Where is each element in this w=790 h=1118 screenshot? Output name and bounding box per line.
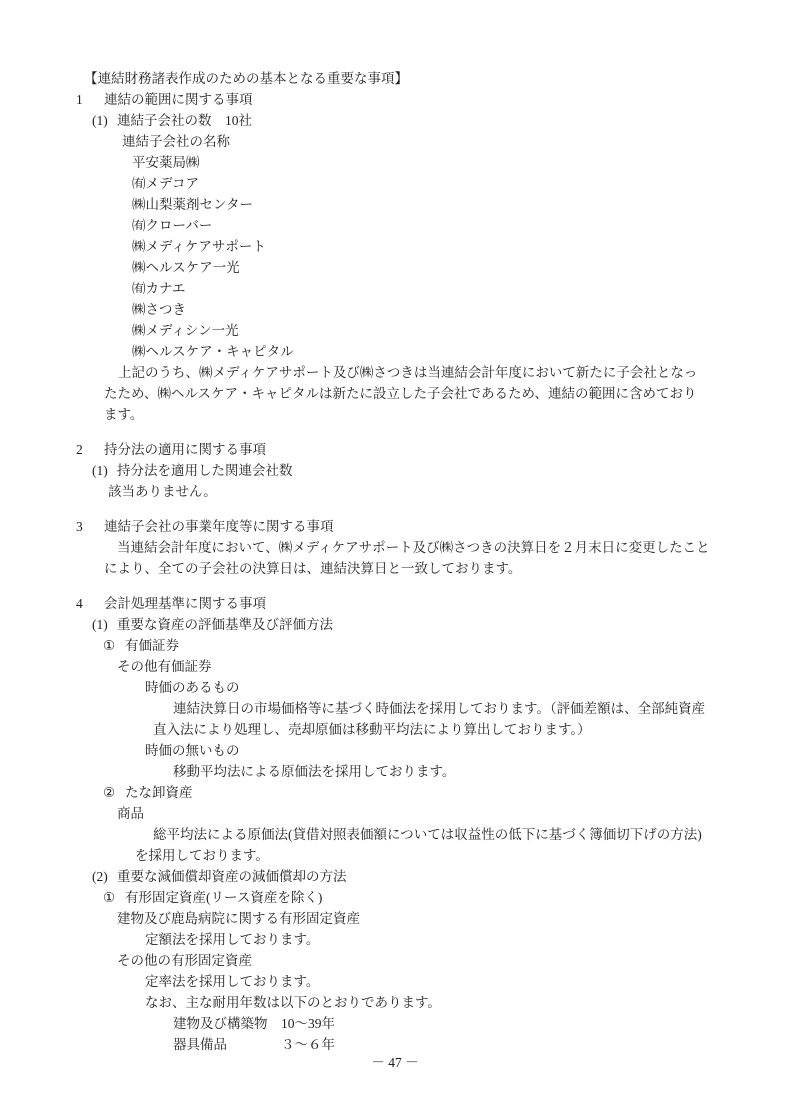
text-line: (2)重要な減価償却資産の減価償却の方法 (0, 866, 790, 887)
line-number-label: 4 (76, 593, 104, 614)
document-lines: 1連結の範囲に関する事項(1)連結子会社の数 10社連結子会社の名称平安薬局㈱㈲… (0, 89, 790, 1055)
text-line: (1)連結子会社の数 10社 (0, 110, 790, 131)
text-line: その他有価証券 (0, 656, 790, 677)
text-line: 総平均法による原価法(貸借対照表価額については収益性の低下に基づく簿価切下げの方… (0, 824, 790, 845)
text-line: ㈲メデコア (0, 173, 790, 194)
text-line: たため、㈱ヘルスケア・キャピタルは新たに設立した子会社であるため、連結の範囲に含… (0, 383, 790, 404)
text-line: 3連結子会社の事業年度等に関する事項 (0, 516, 790, 537)
text-line: ①有価証券 (0, 635, 790, 656)
text-line: なお、主な耐用年数は以下のとおりであります。 (0, 992, 790, 1013)
text-line: により、全ての子会社の決算日は、連結決算日と一致しております。 (0, 558, 790, 579)
text-line: 時価のあるもの (0, 677, 790, 698)
line-number-label: 2 (76, 439, 104, 460)
text-line: を採用しております。 (0, 845, 790, 866)
text-line: ㈲カナエ (0, 278, 790, 299)
line-number-label: ① (103, 887, 125, 908)
line-number-label: 3 (76, 516, 104, 537)
text-line: ㈱ヘルスケア一光 (0, 257, 790, 278)
line-number-label: ① (103, 635, 125, 656)
text-line: 連結子会社の名称 (0, 131, 790, 152)
text-line: 直入法により処理し、売却原価は移動平均法により算出しております。） (0, 719, 790, 740)
line-number-label: (1) (92, 460, 117, 481)
text-line: ①有形固定資産(リース資産を除く) (0, 887, 790, 908)
line-number-label: (1) (92, 110, 117, 131)
line-number-label: ② (103, 782, 125, 803)
text-line: 2持分法の適用に関する事項 (0, 439, 790, 460)
text-line: 連結決算日の市場価格等に基づく時価法を採用しております。（評価差額は、全部純資産 (0, 698, 790, 719)
text-line: ㈱メディシン一光 (0, 320, 790, 341)
text-line: ㈱さつき (0, 299, 790, 320)
text-line: ㈲クローバー (0, 215, 790, 236)
text-line: 時価の無いもの (0, 740, 790, 761)
text-line: 移動平均法による原価法を採用しております。 (0, 761, 790, 782)
text-line: (1)重要な資産の評価基準及び評価方法 (0, 614, 790, 635)
text-line: 該当ありません。 (0, 481, 790, 502)
text-line: (1)持分法を適用した関連会社数 (0, 460, 790, 481)
text-line: 当連結会計年度において、㈱メディケアサポート及び㈱さつきの決算日を２月末日に変更… (0, 537, 790, 558)
page-title: 【連結財務諸表作成のための基本となる重要な事項】 (0, 68, 790, 89)
text-line: ㈱ヘルスケア・キャピタル (0, 341, 790, 362)
text-line: その他の有形固定資産 (0, 950, 790, 971)
text-line: 定率法を採用しております。 (0, 971, 790, 992)
line-number-label: 1 (76, 89, 104, 110)
text-line: 建物及び構築物 10～39年 (0, 1013, 790, 1034)
text-line: 商品 (0, 803, 790, 824)
text-line: ます。 (0, 404, 790, 425)
text-line: 上記のうち、㈱メディケアサポート及び㈱さつきは当連結会計年度において新たに子会社… (0, 362, 790, 383)
text-line: 定額法を採用しております。 (0, 929, 790, 950)
text-line: 平安薬局㈱ (0, 152, 790, 173)
line-number-label: (1) (92, 614, 117, 635)
text-line: ㈱山梨薬剤センター (0, 194, 790, 215)
page-number: － 47 － (0, 1052, 790, 1073)
text-line: 1連結の範囲に関する事項 (0, 89, 790, 110)
text-line: ②たな卸資産 (0, 782, 790, 803)
text-line: ㈱メディケアサポート (0, 236, 790, 257)
text-line: 4会計処理基準に関する事項 (0, 593, 790, 614)
line-number-label: (2) (92, 866, 117, 887)
document-page: 【連結財務諸表作成のための基本となる重要な事項】 1連結の範囲に関する事項(1)… (0, 0, 790, 1118)
text-line: 建物及び鹿島病院に関する有形固定資産 (0, 908, 790, 929)
